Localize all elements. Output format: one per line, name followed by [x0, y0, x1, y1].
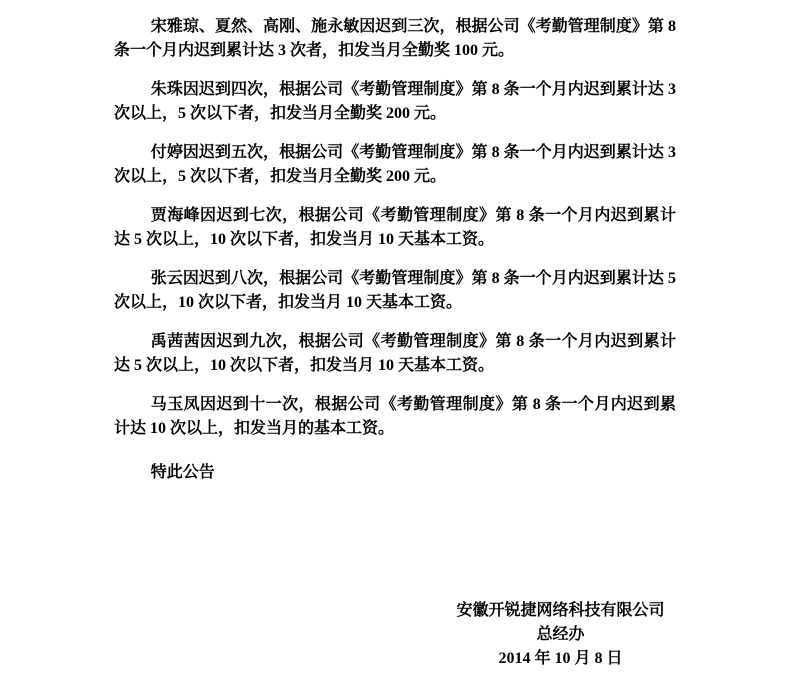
notice-paragraph-3: 付婷因迟到五次，根据公司《考勤管理制度》第 8 条一个月内迟到累计达 3 次以上… [114, 141, 676, 189]
notice-paragraph-1: 宋雅琼、夏然、高刚、施永敏因迟到三次，根据公司《考勤管理制度》第 8 条一个月内… [114, 15, 676, 63]
notice-closing: 特此公告 [114, 461, 676, 485]
signature-department: 总经办 [398, 623, 723, 647]
notice-paragraph-7: 马玉凤因迟到十一次，根据公司《考勤管理制度》第 8 条一个月内迟到累计达 10 … [114, 393, 676, 441]
signature-company: 安徽开锐捷网络科技有限公司 [398, 599, 723, 623]
notice-paragraph-4: 贾海峰因迟到七次，根据公司《考勤管理制度》第 8 条一个月内迟到累计达 5 次以… [114, 204, 676, 252]
notice-paragraph-5: 张云因迟到八次，根据公司《考勤管理制度》第 8 条一个月内迟到累计达 5 次以上… [114, 267, 676, 315]
notice-paragraph-2: 朱珠因迟到四次，根据公司《考勤管理制度》第 8 条一个月内迟到累计达 3 次以上… [114, 78, 676, 126]
document-page: 宋雅琼、夏然、高刚、施永敏因迟到三次，根据公司《考勤管理制度》第 8 条一个月内… [0, 0, 793, 682]
signature-block: 安徽开锐捷网络科技有限公司 总经办 2014 年 10 月 8 日 [398, 599, 723, 671]
notice-paragraph-6: 禹茜茜因迟到九次，根据公司《考勤管理制度》第 8 条一个月内迟到累计达 5 次以… [114, 330, 676, 378]
signature-date: 2014 年 10 月 8 日 [398, 647, 723, 671]
notice-body: 宋雅琼、夏然、高刚、施永敏因迟到三次，根据公司《考勤管理制度》第 8 条一个月内… [114, 15, 676, 485]
